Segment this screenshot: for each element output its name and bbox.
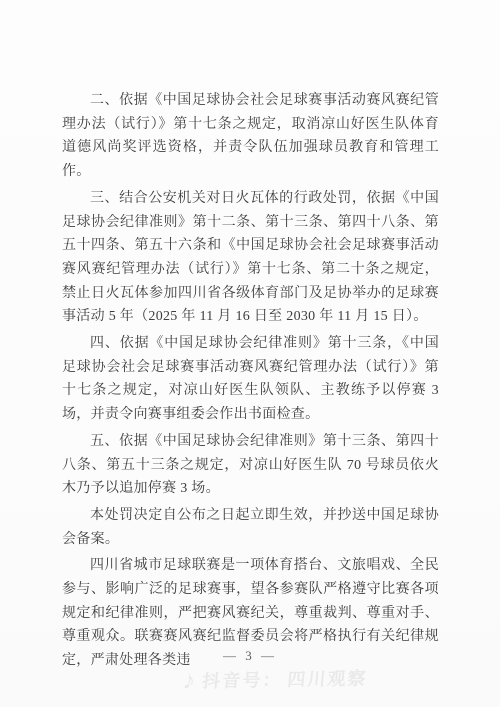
watermark-handle: 四川观察 [286, 664, 368, 691]
document-body: 二、依据《中国足球协会社会足球赛事活动赛风赛纪管理办法（试行）》第十七条之规定，… [62, 89, 439, 673]
document-page: 二、依据《中国足球协会社会足球赛事活动赛风赛纪管理办法（试行）》第十七条之规定，… [0, 0, 500, 707]
paragraph-5: 五、依据《中国足球协会纪律准则》第十三条、第四十八条、第五十三条之规定，对凉山好… [62, 430, 439, 501]
paragraph-3: 三、结合公安机关对日火瓦体的行政处罚，依据《中国足球协会纪律准则》第十二条、第十… [62, 187, 439, 329]
paragraph-4: 四、依据《中国足球协会纪律准则》第十三条，《中国足球协会社会足球赛事活动赛风赛纪… [62, 332, 439, 427]
watermark-label: 抖音号： [201, 666, 283, 693]
douyin-watermark: ♪ 抖音号： 四川观察 [182, 664, 369, 693]
douyin-note-icon: ♪ [182, 668, 199, 693]
page-number: — 3 — [0, 648, 500, 664]
paragraph-effective-note: 本处罚决定自公布之日起立即生效，并抄送中国足球协会备案。 [62, 504, 439, 551]
paragraph-2: 二、依据《中国足球协会社会足球赛事活动赛风赛纪管理办法（试行）》第十七条之规定，… [62, 89, 439, 184]
